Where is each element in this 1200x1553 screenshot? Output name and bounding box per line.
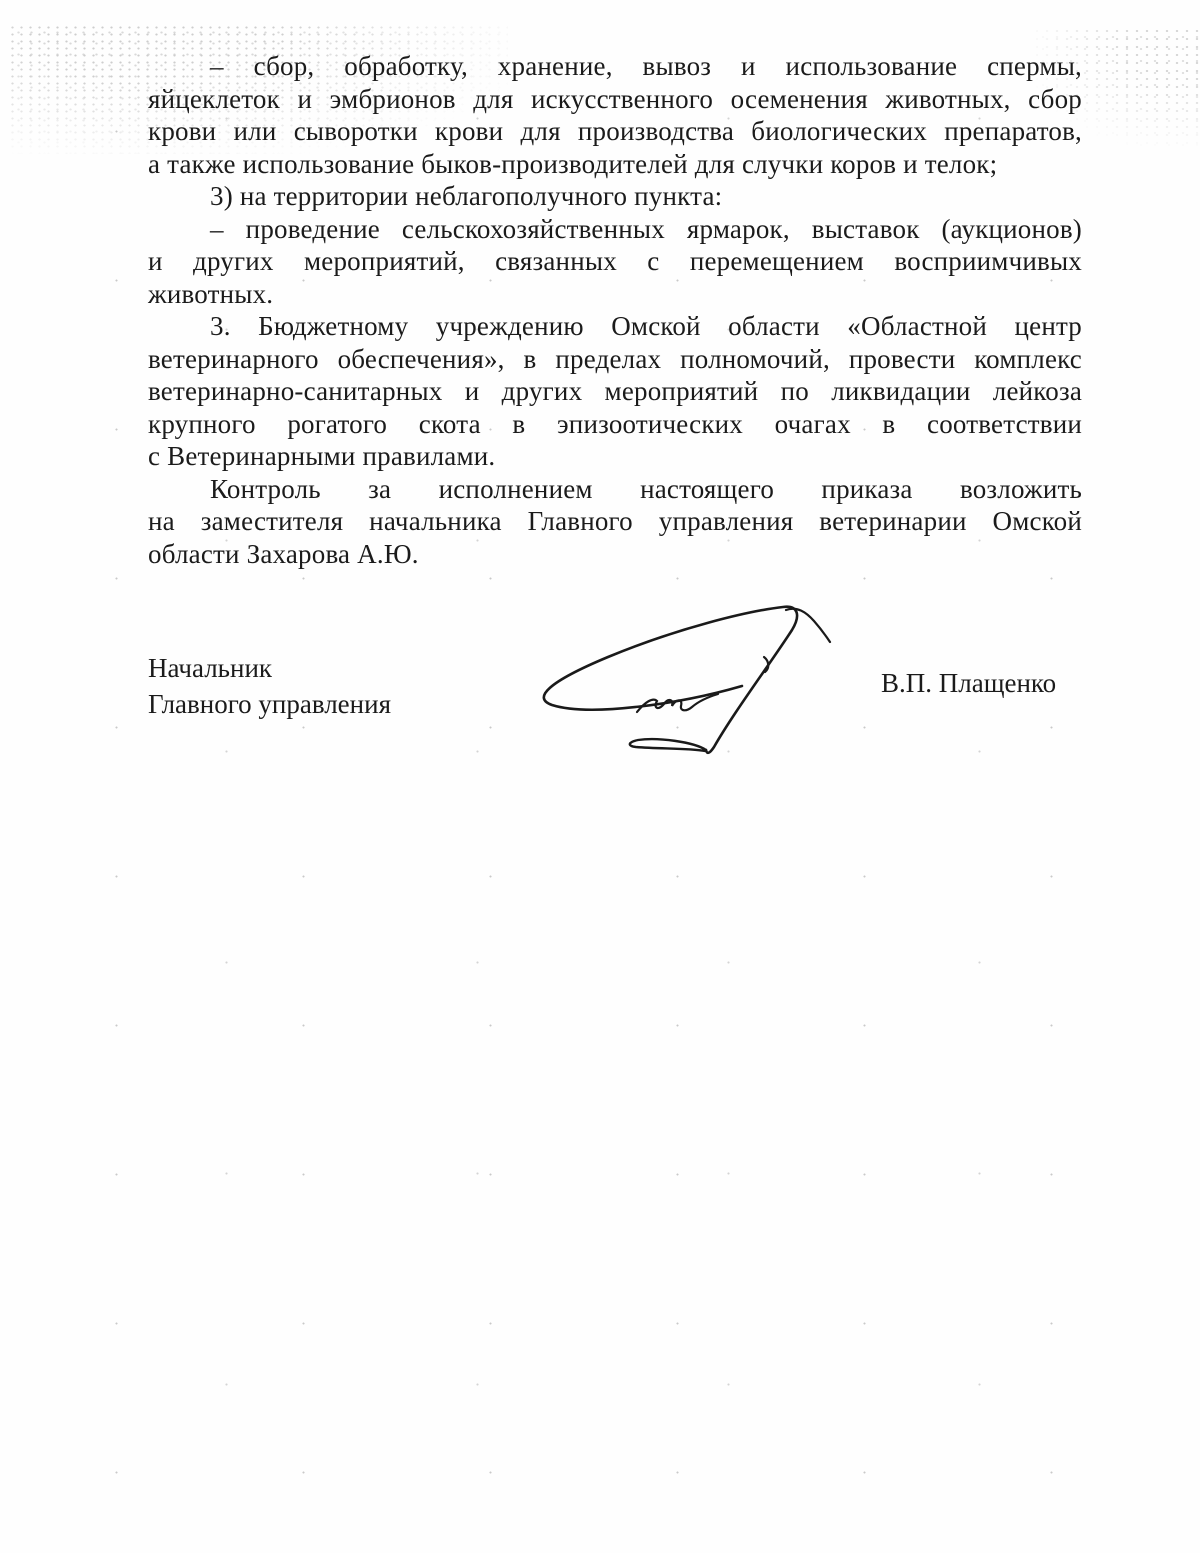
text-line: – проведение сельскохозяйственных ярмаро… bbox=[148, 213, 1082, 246]
signer-position-line: Главного управления bbox=[148, 686, 391, 722]
signer-position-line: Начальник bbox=[148, 650, 391, 686]
text-line: с Ветеринарными правилами. bbox=[148, 440, 1082, 473]
paragraph-item-3-territory: 3) на территории неблагополучного пункта… bbox=[148, 180, 1082, 213]
text-line: яйцеклеток и эмбрионов для искусственног… bbox=[148, 83, 1082, 116]
text-line: Контроль за исполнением настоящего прика… bbox=[148, 473, 1082, 506]
text-line: области Захарова А.Ю. bbox=[148, 538, 1082, 571]
text-line: животных. bbox=[148, 278, 1082, 311]
text-line: а также использование быков-производител… bbox=[148, 148, 1082, 181]
signer-name: В.П. Плащенко bbox=[881, 668, 1056, 699]
text-line: на заместителя начальника Главного управ… bbox=[148, 505, 1082, 538]
text-line: 3) на территории неблагополучного пункта… bbox=[148, 180, 1082, 213]
text-line: ветеринарного обеспечения», в пределах п… bbox=[148, 343, 1082, 376]
handwritten-signature bbox=[480, 590, 840, 770]
text-line: 3. Бюджетному учреждению Омской области … bbox=[148, 310, 1082, 343]
text-line: крови или сыворотки крови для производст… bbox=[148, 115, 1082, 148]
text-line: ветеринарно-санитарных и других мероприя… bbox=[148, 375, 1082, 408]
text-line: крупного рогатого скота в эпизоотических… bbox=[148, 408, 1082, 441]
paragraph-control-assignment: Контроль за исполнением настоящего прика… bbox=[148, 473, 1082, 571]
document-body: – сбор, обработку, хранение, вывоз и исп… bbox=[148, 50, 1082, 570]
paragraph-point-3-budget-institution: 3. Бюджетному учреждению Омской области … bbox=[148, 310, 1082, 473]
text-line: и других мероприятий, связанных с переме… bbox=[148, 245, 1082, 278]
paragraph-fairs-ban: – проведение сельскохозяйственных ярмаро… bbox=[148, 213, 1082, 311]
scanned-document-page: – сбор, обработку, хранение, вывоз и исп… bbox=[0, 0, 1200, 1553]
text-line: – сбор, обработку, хранение, вывоз и исп… bbox=[148, 50, 1082, 83]
paragraph-sperm-collection: – сбор, обработку, хранение, вывоз и исп… bbox=[148, 50, 1082, 180]
signer-position-title: Начальник Главного управления bbox=[148, 650, 391, 722]
